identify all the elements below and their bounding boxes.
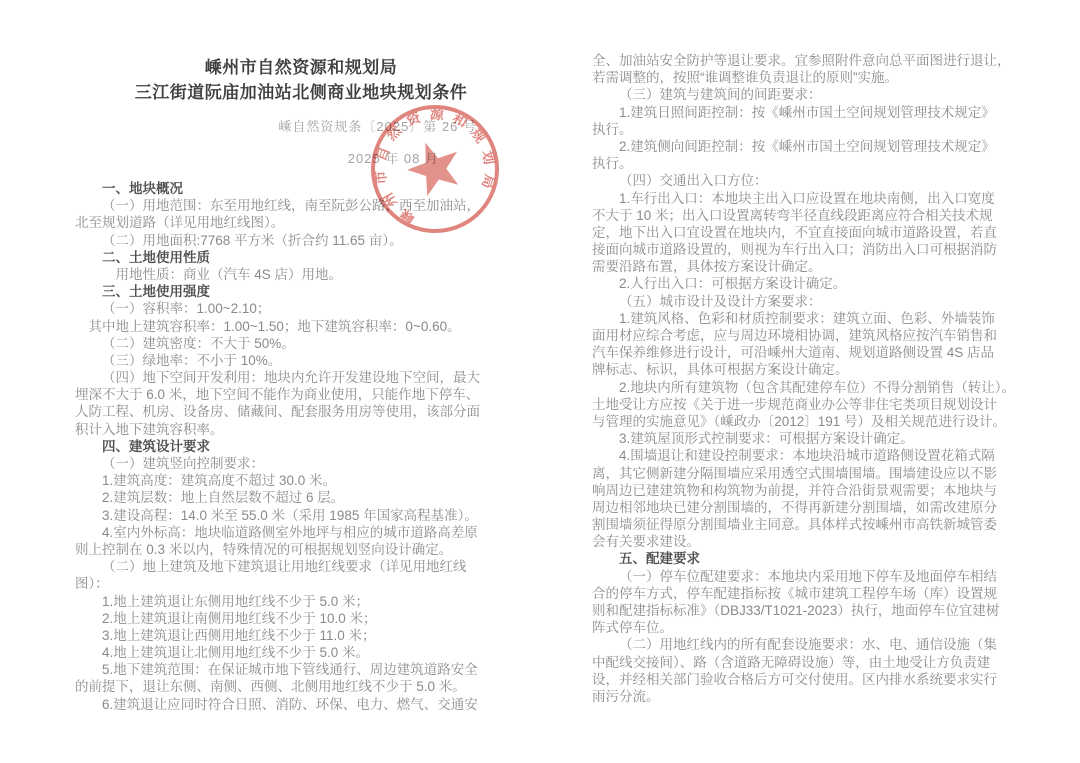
section-heading: 五、配建要求 [592, 550, 1047, 567]
doc-line: 2.建筑层数：地上自然层数不超过 6 层。 [75, 489, 545, 506]
doc-line: 埋深不大于 6.0 米，地下空间不能作为商业使用，只能作地下停车、 [75, 386, 545, 403]
org-title: 嵊州市自然资源和规划局 [75, 55, 527, 80]
section-heading: 一、地块概况 [75, 180, 545, 197]
doc-line: 则和配建指标标准》（DBJ33/T1021-2023）执行，地面停车位宜建树 [592, 602, 1047, 619]
doc-line: 全、加油站安全防护等退让要求。宜参照附件意向总平面图进行退让， [592, 52, 1047, 69]
doc-line: （五）城市设计及设计方案要求： [592, 293, 1047, 310]
doc-line: 2.人行出入口：可根据方案设计确定。 [592, 275, 1047, 292]
doc-line: 若需调整的，按照“谁调整谁负责退让的原则”实施。 [592, 69, 1047, 86]
doc-line: 4.室内外标高：地块临道路侧室外地坪与相应的城市道路高差原 [75, 524, 545, 541]
doc-line: 其中地上建筑容积率：1.00~1.50；地下建筑容积率：0~0.60。 [75, 318, 545, 335]
document-page: 嵊州市自然资源和规划局 三江街道阮庙加油站北侧商业地块规划条件 嵊自然资规条〔2… [0, 0, 1080, 763]
right-column: 全、加油站安全防护等退让要求。宜参照附件意向总平面图进行退让，若需调整的，按照“… [592, 52, 1047, 705]
doc-line: 1.地上建筑退让东侧用地红线不少于 5.0 米； [75, 593, 545, 610]
doc-line: （一）停车位配建要求：本地块内采用地下停车及地面停车相结 [592, 568, 1047, 585]
doc-line: 图）： [75, 575, 545, 592]
doc-line: 1.建筑日照间距控制：按《嵊州市国土空间规划管理技术规定》 [592, 104, 1047, 121]
doc-line: 3.建筑屋顶形式控制要求：可根据方案设计确定。 [592, 430, 1047, 447]
doc-line: （四）地下空间开发利用：地块内允许开发建设地下空间，最大 [75, 369, 545, 386]
doc-number: 嵊自然资规条〔2025〕第 26 号 [75, 116, 527, 135]
doc-line: 需要沿路布置，具体按方案设计确定。 [592, 258, 1047, 275]
doc-line: （一）建筑竖向控制要求： [75, 455, 545, 472]
doc-line: 4.围墙退让和建设控制要求：本地块沿城市道路侧设置花箱式隔 [592, 447, 1047, 464]
doc-line: 阵式停车位。 [592, 619, 1047, 636]
doc-line: 积计入地下建筑容积率。 [75, 421, 545, 438]
doc-line: （四）交通出入口方位： [592, 172, 1047, 189]
doc-date: 2025 年 08 月 [75, 148, 527, 167]
doc-line: 3.建设高程：14.0 米至 55.0 米（采用 1985 年国家高程基准）。 [75, 507, 545, 524]
doc-title: 三江街道阮庙加油站北侧商业地块规划条件 [75, 80, 527, 105]
left-column: 一、地块概况（一）用地范围：东至用地红线，南至阮彭公路，西至加油站，北至规划道路… [75, 180, 545, 713]
doc-line: 定，地下出入口宜设置在地块内，不宜直接面向城市道路设置，若直 [592, 224, 1047, 241]
section-heading: 二、土地使用性质 [75, 249, 545, 266]
doc-line: （二）建筑密度：不大于 50%。 [75, 335, 545, 352]
doc-line: （一）容积率：1.00~2.10； [75, 300, 545, 317]
doc-line: 接面向城市道路设置的，则视为车行出入口；消防出入口可根据消防 [592, 241, 1047, 258]
doc-line: 响周边已建建筑物和构筑物为前提，并符合沿街景观需要；本地块与 [592, 482, 1047, 499]
doc-line: （三）建筑与建筑间的间距要求： [592, 86, 1047, 103]
doc-line: 与管理的实施意见》（嵊政办〔2012〕191 号）及相关规范进行设计。 [592, 413, 1047, 430]
doc-line: 执行。 [592, 155, 1047, 172]
doc-line: （二）用地红线内的所有配套设施要求：水、电、通信设施（集 [592, 636, 1047, 653]
doc-line: 面用材应综合考虑，应与周边环境相协调，建筑风格应按汽车销售和 [592, 327, 1047, 344]
doc-line: （二）地上建筑及地下建筑退让用地红线要求（详见用地红线 [75, 558, 545, 575]
doc-line: 1.车行出入口：本地块主出入口应设置在地块南侧，出入口宽度 [592, 190, 1047, 207]
doc-line: 的前提下，退让东侧、南侧、西侧、北侧用地红线不少于 5.0 米。 [75, 678, 545, 695]
doc-line: 雨污分流。 [592, 688, 1047, 705]
doc-line: 2.地上建筑退让南侧用地红线不少于 10.0 米； [75, 610, 545, 627]
doc-line: 1.建筑高度：建筑高度不超过 30.0 米。 [75, 472, 545, 489]
doc-line: 不大于 10 米；出入口设置离转弯半径直线段距离应符合相关技术规 [592, 207, 1047, 224]
doc-line: 离，其它侧新建分隔围墙应采用透空式围墙围墙。围墙建设应以不影 [592, 465, 1047, 482]
doc-line: 牌标志、标识，具体可根据方案设计确定。 [592, 361, 1047, 378]
doc-line: 6.建筑退让应同时符合日照、消防、环保、电力、燃气、交通安 [75, 696, 545, 713]
section-heading: 三、土地使用强度 [75, 283, 545, 300]
doc-line: （二）用地面积:7768 平方米（折合约 11.65 亩）。 [75, 232, 545, 249]
doc-line: 2.地块内所有建筑物（包含其配建停车位）不得分割销售（转让）。 [592, 379, 1047, 396]
doc-line: 3.地上建筑退让西侧用地红线不少于 11.0 米； [75, 627, 545, 644]
doc-line: 5.地下建筑范围：在保证城市地下管线通行、周边建筑道路安全 [75, 661, 545, 678]
doc-line: 人防工程、机房、设备房、储藏间、配套服务用房等使用，该部分面 [75, 403, 545, 420]
doc-line: 北至规划道路（详见用地红线图）。 [75, 214, 545, 231]
doc-line: 则上控制在 0.3 米以内，特殊情况的可根据规划竖向设计确定。 [75, 541, 545, 558]
document-header: 嵊州市自然资源和规划局 三江街道阮庙加油站北侧商业地块规划条件 嵊自然资规条〔2… [75, 55, 527, 167]
doc-line: 1.建筑风格、色彩和材质控制要求：建筑立面、色彩、外墙装饰 [592, 310, 1047, 327]
doc-line: 周边相邻地块已建分割围墙的，不得再新建分割围墙，如需改建原分 [592, 499, 1047, 516]
doc-line: 执行。 [592, 121, 1047, 138]
doc-line: 合的停车方式，停车配建指标按《城市建筑工程停车场（库）设置规 [592, 585, 1047, 602]
section-heading: 四、建筑设计要求 [75, 438, 545, 455]
doc-line: 用地性质：商业（汽车 4S 店）用地。 [75, 266, 545, 283]
doc-line: 4.地上建筑退让北侧用地红线不少于 5.0 米。 [75, 644, 545, 661]
doc-line: 2.建筑侧向间距控制：按《嵊州市国土空间规划管理技术规定》 [592, 138, 1047, 155]
doc-line: （三）绿地率：不小于 10%。 [75, 352, 545, 369]
doc-line: 会有关要求建设。 [592, 533, 1047, 550]
doc-line: 中配线交接间）、路（含道路无障碍设施）等，由土地受让方负责建 [592, 654, 1047, 671]
doc-line: （一）用地范围：东至用地红线，南至阮彭公路，西至加油站， [75, 197, 545, 214]
doc-line: 土地受让方应按《关于进一步规范商业办公等非住宅类项目规划设计 [592, 396, 1047, 413]
doc-line: 设，并经相关部门验收合格后方可交付使用。区内排水系统要求实行 [592, 671, 1047, 688]
doc-line: 割围墙须征得原分割围墙业主同意。具体样式按嵊州市高铁新城管委 [592, 516, 1047, 533]
doc-line: 汽车保养维修进行设计，可沿嵊州大道南、规划道路侧设置 4S 店品 [592, 344, 1047, 361]
